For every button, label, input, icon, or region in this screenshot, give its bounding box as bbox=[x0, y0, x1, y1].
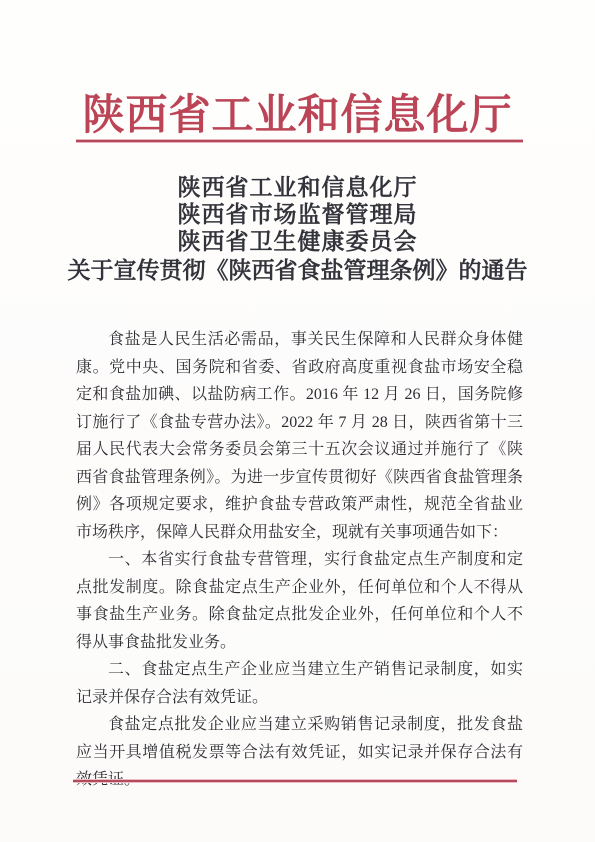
document-title: 关于宣传贯彻《陕西省食盐管理条例》的通告 bbox=[0, 256, 595, 285]
body-paragraph-item-1: 一、本省实行食盐专营管理，实行食盐定点生产制度和定点批发制度。除食盐定点生产企业… bbox=[76, 546, 523, 656]
document-heading-block: 陕西省工业和信息化厅 陕西省市场监督管理局 陕西省卫生健康委员会 关于宣传贯彻《… bbox=[0, 174, 595, 285]
scanned-document-page: 陕西省工业和信息化厅 陕西省工业和信息化厅 陕西省市场监督管理局 陕西省卫生健康… bbox=[0, 0, 595, 842]
body-paragraph-intro: 食盐是人民生活必需品，事关民生保障和人民群众身体健康。党中央、国务院和省委、省政… bbox=[76, 326, 523, 546]
issuer-agency-line: 陕西省市场监督管理局 bbox=[0, 201, 595, 228]
issuer-agency-line: 陕西省工业和信息化厅 bbox=[0, 174, 595, 201]
masthead-agency-title: 陕西省工业和信息化厅 bbox=[0, 82, 595, 142]
footer-divider-rule bbox=[73, 779, 517, 783]
issuer-agency-line: 陕西省卫生健康委员会 bbox=[0, 228, 595, 255]
body-paragraph-item-2: 二、食盐定点生产企业应当建立生产销售记录制度，如实记录并保存合法有效凭证。 bbox=[76, 656, 523, 711]
masthead-divider-rule bbox=[76, 139, 523, 143]
document-body: 食盐是人民生活必需品，事关民生保障和人民群众身体健康。党中央、国务院和省委、省政… bbox=[76, 326, 523, 794]
